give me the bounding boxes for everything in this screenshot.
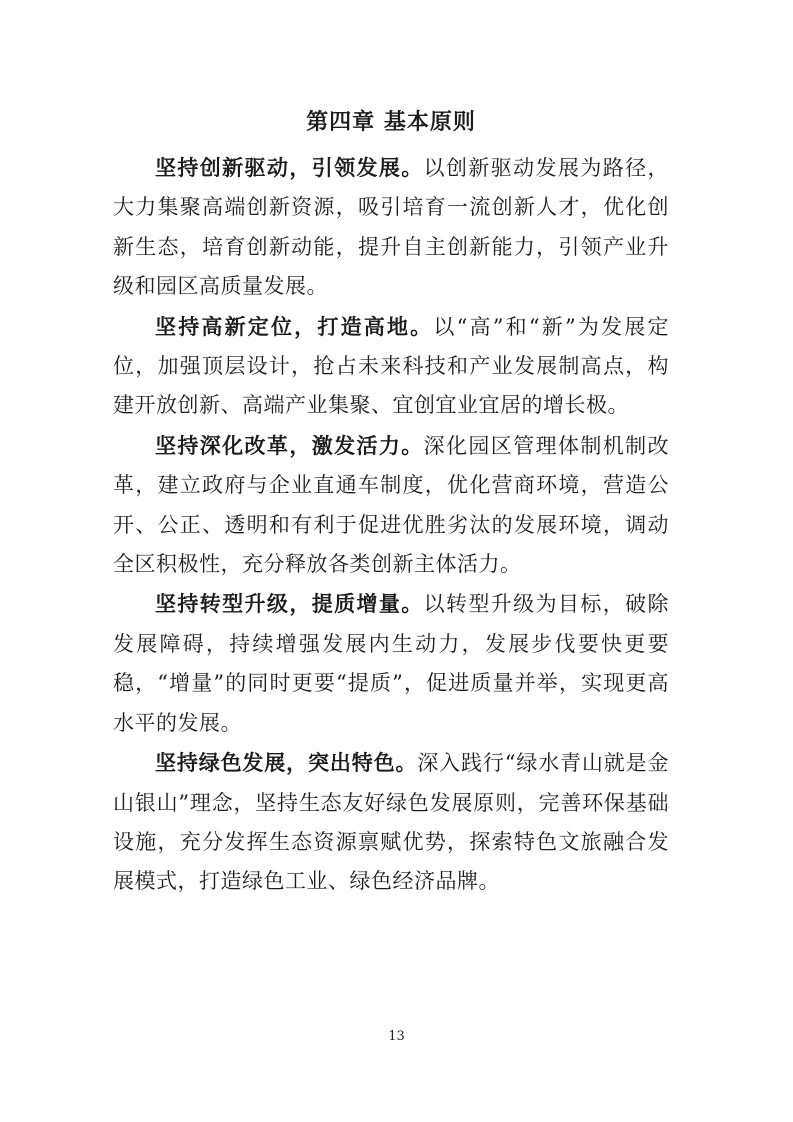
paragraph-lead: 坚持绿色发展，突出特色。: [155, 750, 417, 775]
paragraph-lead: 坚持创新驱动，引领发展。: [155, 155, 424, 180]
paragraph: 坚持绿色发展，突出特色。深入践行“绿水青山就是金山银山”理念，坚持生态友好绿色发…: [113, 743, 669, 902]
paragraph: 坚持深化改革，激发活力。深化园区管理体制机制改革，建立政府与企业直通车制度，优化…: [113, 426, 669, 585]
page-number: 13: [0, 1028, 793, 1046]
paragraph-lead: 坚持高新定位，打造高地。: [155, 314, 433, 339]
document-page: 第四章 基本原则 坚持创新驱动，引领发展。以创新驱动发展为路径，大力集聚高端创新…: [0, 0, 793, 1122]
paragraph-lead: 坚持转型升级，提质增量。: [155, 591, 424, 616]
chapter-title: 第四章 基本原则: [113, 102, 669, 142]
document-body: 第四章 基本原则 坚持创新驱动，引领发展。以创新驱动发展为路径，大力集聚高端创新…: [113, 102, 669, 902]
paragraph-lead: 坚持深化改革，激发活力。: [155, 433, 424, 458]
paragraph: 坚持创新驱动，引领发展。以创新驱动发展为路径，大力集聚高端创新资源，吸引培育一流…: [113, 148, 669, 307]
paragraph: 坚持转型升级，提质增量。以转型升级为目标，破除发展障碍，持续增强发展内生动力，发…: [113, 584, 669, 743]
paragraph: 坚持高新定位，打造高地。以“高”和“新”为发展定位，加强顶层设计，抢占未来科技和…: [113, 307, 669, 426]
